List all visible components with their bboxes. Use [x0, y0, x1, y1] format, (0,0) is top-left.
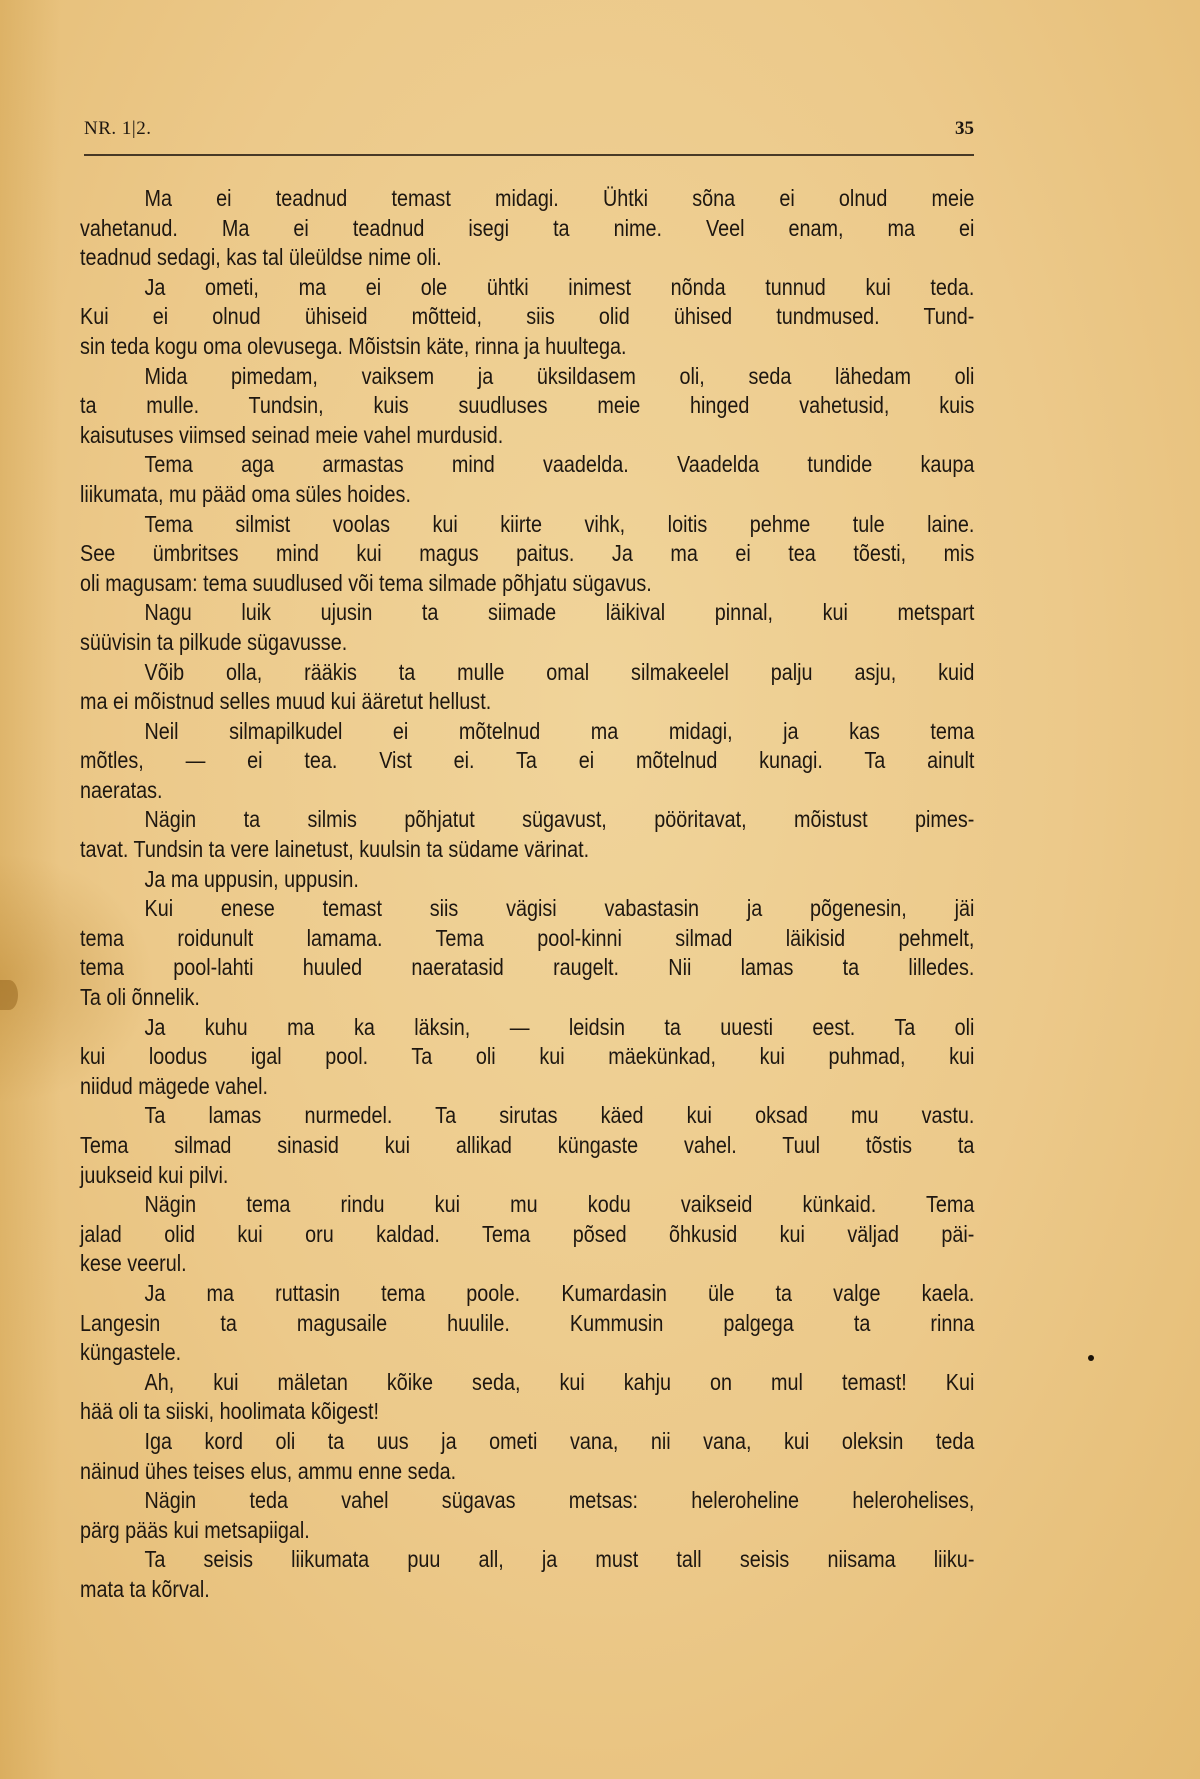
text-line: jalad olid kui oru kaldad. Tema põsed õh…: [80, 1220, 974, 1250]
running-header: NR. 1|2. 35: [84, 118, 974, 148]
text-line: ta mulle. Tundsin, kuis suudluses meie h…: [80, 391, 974, 421]
paragraph: Ah, kui mäletan kõike seda, kui kahju on…: [80, 1368, 974, 1427]
text-line: tema pool-lahti huuled naeratasid raugel…: [80, 953, 974, 983]
text-line: Iga kord oli ta uus ja ometi vana, nii v…: [80, 1427, 974, 1457]
paragraph: Ma ei teadnud temast midagi. Ühtki sõna …: [80, 184, 974, 273]
text-line: tavat. Tundsin ta vere lainetust, kuulsi…: [80, 835, 974, 865]
text-line: Ah, kui mäletan kõike seda, kui kahju on…: [80, 1368, 974, 1398]
paragraph: Nägin tema rindu kui mu kodu vaikseid kü…: [80, 1190, 974, 1279]
text-line: juukseid kui pilvi.: [80, 1161, 974, 1191]
text-line: Ta seisis liikumata puu all, ja must tal…: [80, 1545, 974, 1575]
text-line: näinud ühes teises elus, ammu enne seda.: [80, 1457, 974, 1487]
text-line: Tema aga armastas mind vaadelda. Vaadeld…: [80, 450, 974, 480]
page-number: 35: [955, 118, 974, 140]
text-line: Mida pimedam, vaiksem ja üksildasem oli,…: [80, 362, 974, 392]
text-line: tema roidunult lamama. Tema pool-kinni s…: [80, 924, 974, 954]
header-rule: [84, 154, 974, 156]
text-line: Tema silmad sinasid kui allikad küngaste…: [80, 1131, 974, 1161]
text-line: Ma ei teadnud temast midagi. Ühtki sõna …: [80, 184, 974, 214]
text-line: küngastele.: [80, 1338, 974, 1368]
paragraph: Nagu luik ujusin ta siimade läikival pin…: [80, 598, 974, 657]
text-line: naeratas.: [80, 776, 974, 806]
text-line: mõtles, — ei tea. Vist ei. Ta ei mõtelnu…: [80, 746, 974, 776]
scanned-page: NR. 1|2. 35 Ma ei teadnud temast midagi.…: [0, 0, 1200, 1779]
paragraph: Ta lamas nurmedel. Ta sirutas käed kui o…: [80, 1101, 974, 1190]
text-line: hää oli ta siiski, hoolimata kõigest!: [80, 1397, 974, 1427]
text-line: Võib olla, rääkis ta mulle omal silmakee…: [80, 658, 974, 688]
paragraph: Neil silmapilkudel ei mõtelnud ma midagi…: [80, 717, 974, 806]
text-line: oli magusam: tema suudlused või tema sil…: [80, 569, 974, 599]
paragraph: Ta seisis liikumata puu all, ja must tal…: [80, 1545, 974, 1604]
text-line: Langesin ta magusaile huulile. Kummusin …: [80, 1309, 974, 1339]
text-line: Ja kuhu ma ka läksin, — leidsin ta uuest…: [80, 1013, 974, 1043]
text-line: Nägin tema rindu kui mu kodu vaikseid kü…: [80, 1190, 974, 1220]
paragraph: Kui enese temast siis vägisi vabastasin …: [80, 894, 974, 1012]
text-line: sin teda kogu oma olevusega. Mõistsin kä…: [80, 332, 974, 362]
ink-speck: [1088, 1355, 1094, 1361]
text-line: Ja ometi, ma ei ole ühtki inimest nõnda …: [80, 273, 974, 303]
paragraph: Ja kuhu ma ka läksin, — leidsin ta uuest…: [80, 1013, 974, 1102]
paragraph: Tema aga armastas mind vaadelda. Vaadeld…: [80, 450, 974, 509]
text-line: kaisutuses viimsed seinad meie vahel mur…: [80, 421, 974, 451]
paragraph: Nägin ta silmis põhjatut sügavust, pööri…: [80, 805, 974, 864]
text-line: Ta oli õnnelik.: [80, 983, 974, 1013]
text-line: Ja ma ruttasin tema poole. Kumardasin ül…: [80, 1279, 974, 1309]
paragraph: Tema silmist voolas kui kiirte vihk, loi…: [80, 510, 974, 599]
text-line: Tema silmist voolas kui kiirte vihk, loi…: [80, 510, 974, 540]
paragraph: Ja ometi, ma ei ole ühtki inimest nõnda …: [80, 273, 974, 362]
text-line: niidud mägede vahel.: [80, 1072, 974, 1102]
text-line: Neil silmapilkudel ei mõtelnud ma midagi…: [80, 717, 974, 747]
paragraph: Nägin teda vahel sügavas metsas: heleroh…: [80, 1486, 974, 1545]
paragraph: Ja ma ruttasin tema poole. Kumardasin ül…: [80, 1279, 974, 1368]
text-line: Kui enese temast siis vägisi vabastasin …: [80, 894, 974, 924]
text-line: Ta lamas nurmedel. Ta sirutas käed kui o…: [80, 1101, 974, 1131]
text-line: Nägin teda vahel sügavas metsas: heleroh…: [80, 1486, 974, 1516]
text-line: Kui ei olnud ühiseid mõtteid, siis olid …: [80, 302, 974, 332]
paper-stain: [0, 980, 18, 1010]
text-line: Nagu luik ujusin ta siimade läikival pin…: [80, 598, 974, 628]
text-line: See ümbritses mind kui magus paitus. Ja …: [80, 539, 974, 569]
text-line: teadnud sedagi, kas tal üleüldse nime ol…: [80, 243, 974, 273]
paragraph: Iga kord oli ta uus ja ometi vana, nii v…: [80, 1427, 974, 1486]
text-line: kese veerul.: [80, 1249, 974, 1279]
text-line: pärg pääs kui metsapiigal.: [80, 1516, 974, 1546]
text-line: liikumata, mu pääd oma süles hoides.: [80, 480, 974, 510]
text-line: süüvisin ta pilkude sügavusse.: [80, 628, 974, 658]
text-line: Nägin ta silmis põhjatut sügavust, pööri…: [80, 805, 974, 835]
text-line: kui loodus igal pool. Ta oli kui mäekünk…: [80, 1042, 974, 1072]
text-line: Ja ma uppusin, uppusin.: [80, 865, 974, 895]
body-text: Ma ei teadnud temast midagi. Ühtki sõna …: [80, 184, 974, 1605]
text-line: vahetanud. Ma ei teadnud isegi ta nime. …: [80, 214, 974, 244]
paragraph: Mida pimedam, vaiksem ja üksildasem oli,…: [80, 362, 974, 451]
paragraph: Võib olla, rääkis ta mulle omal silmakee…: [80, 658, 974, 717]
text-line: mata ta kõrval.: [80, 1575, 974, 1605]
issue-number: NR. 1|2.: [84, 118, 151, 140]
paragraph: Ja ma uppusin, uppusin.: [80, 865, 974, 895]
text-line: ma ei mõistnud selles muud kui ääretut h…: [80, 687, 974, 717]
